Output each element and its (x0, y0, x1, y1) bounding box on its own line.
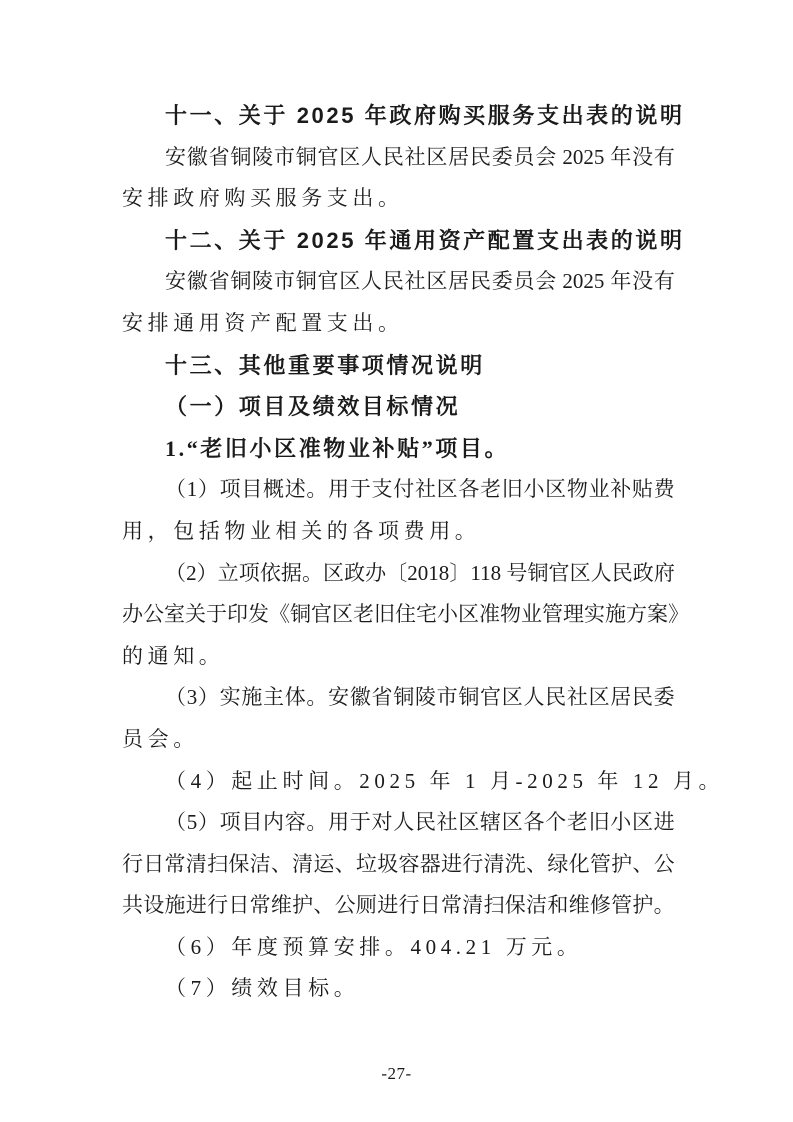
text-token: 旧 (589, 802, 610, 844)
text-token: 民 (545, 677, 566, 719)
text-token: 护 (611, 844, 632, 886)
text-token: 进 (654, 802, 675, 844)
text-token: 2025 (557, 137, 610, 179)
text-token: 官 (311, 594, 332, 636)
text-line: （4）起止时间。2025 年 1 月-2025 年 12 月。 (122, 761, 675, 803)
text-token: 有 (654, 137, 675, 179)
text-token: 和 (547, 885, 568, 927)
text-token: 发 (248, 594, 269, 636)
text-token: 区 (426, 261, 447, 303)
text-token: 、 (526, 844, 547, 886)
text-token: 保 (505, 885, 526, 927)
text-token: 委 (492, 137, 513, 179)
text-line: 十三、其他重要事项情况说明 (122, 345, 675, 387)
text-token: 区 (502, 802, 523, 844)
text-token: 人 (361, 261, 382, 303)
text-token: 政 (633, 553, 654, 595)
text-token: 区 (339, 261, 360, 303)
text-token: 人 (591, 553, 612, 595)
text-line: 十二、关于 2025 年通用资产配置支出表的说明 (122, 220, 675, 262)
text-token: 铜 (393, 677, 414, 719)
text-token: 市 (274, 261, 295, 303)
text-token: 目 (241, 469, 262, 511)
text-token: 。 (306, 677, 327, 719)
text-token: 常 (165, 844, 186, 886)
text-line: 共设施进行日常维护、公厕进行日常清扫保洁和维修管护。 (122, 885, 675, 927)
text-token: 公 (654, 844, 675, 886)
text-token: （ (165, 553, 186, 595)
text-line: （6）年度预算安排。404.21 万元。 (122, 927, 675, 969)
text-token: 器 (420, 844, 441, 886)
text-token: 述 (285, 469, 306, 511)
text-token: 扫 (207, 844, 228, 886)
text-token: 年 (610, 137, 631, 179)
text-token: 各 (458, 469, 479, 511)
text-token: 。 (302, 553, 323, 595)
text-line: （一）项目及绩效目标情况 (122, 386, 675, 428)
text-token: 护 (292, 885, 313, 927)
text-line: （7）绩效目标。 (122, 968, 675, 1010)
text-token: （ (165, 802, 186, 844)
text-token: 区 (502, 677, 523, 719)
text-token: 洗 (505, 844, 526, 886)
text-token: 号 (506, 553, 527, 595)
text-token: 案 (647, 594, 668, 636)
text-token: 设 (143, 885, 164, 927)
text-token: 区 (323, 553, 344, 595)
text-token: 行 (462, 844, 483, 886)
text-token: ） (197, 553, 218, 595)
text-token: 铜 (230, 137, 251, 179)
text-token: 政 (344, 553, 365, 595)
text-token: 运 (313, 844, 334, 886)
text-token: 民 (470, 137, 491, 179)
text-token: 社 (415, 469, 436, 511)
text-token: 、 (313, 885, 334, 927)
text-token: 区 (589, 677, 610, 719)
text-token: 铜 (296, 137, 317, 179)
text-token: 民 (415, 802, 436, 844)
text-token: 、 (335, 844, 356, 886)
text-token: 人 (361, 137, 382, 179)
text-line: 用，包括物业相关的各项费用。 (122, 511, 675, 553)
text-token: 小 (610, 802, 631, 844)
text-token: 居 (448, 261, 469, 303)
text-token: 实 (584, 594, 605, 636)
text-token: 用 (328, 469, 349, 511)
text-token: 印 (227, 594, 248, 636)
text-token: 〕 (449, 553, 470, 595)
text-token: 社 (437, 802, 458, 844)
text-token: 概 (263, 469, 284, 511)
text-token: 居 (448, 137, 469, 179)
text-token: 118 (470, 553, 506, 595)
text-token: （ (165, 469, 186, 511)
text-token: 于 (350, 802, 371, 844)
text-token: 旧 (374, 594, 395, 636)
text-token: 对 (372, 802, 393, 844)
document-body: 十一、关于 2025 年政府购买服务支出表的说明安徽省铜陵市铜官区人民社区居民委… (122, 95, 675, 1010)
text-token: 2018 (407, 553, 449, 595)
text-token: 铜 (527, 553, 548, 595)
text-token: 府 (654, 553, 675, 595)
text-token: 据 (281, 553, 302, 595)
text-token: 主 (263, 677, 284, 719)
text-token: 管 (590, 844, 611, 886)
text-token: 2025 (557, 261, 610, 303)
text-token: 立 (218, 553, 239, 595)
text-token: 没 (632, 137, 653, 179)
text-token: 进 (377, 885, 398, 927)
text-token: 省 (372, 677, 393, 719)
text-token: 维 (271, 885, 292, 927)
text-token: 清 (186, 844, 207, 886)
text-token: 厕 (356, 885, 377, 927)
text-token: 施 (605, 594, 626, 636)
text-token: 内 (263, 802, 284, 844)
text-token: 清 (292, 844, 313, 886)
text-token: 民 (632, 677, 653, 719)
text-token: 行 (122, 844, 143, 886)
text-line: 行日常清扫保洁、清运、垃圾容器进行清洗、绿化管护、公 (122, 844, 675, 886)
text-token: 官 (317, 137, 338, 179)
text-token: 老 (353, 594, 374, 636)
text-token: 日 (420, 885, 441, 927)
text-token: 保 (228, 844, 249, 886)
text-token: 官 (549, 553, 570, 595)
text-line: 安徽省铜陵市铜官区人民社区居民委员会 2025 年没有 (122, 261, 675, 303)
text-token: 支 (372, 469, 393, 511)
text-token: 、 (271, 844, 292, 886)
text-token: 1 (187, 469, 198, 511)
text-token: 铜 (290, 594, 311, 636)
text-token: 区 (426, 137, 447, 179)
text-token: 常 (441, 885, 462, 927)
text-token: 委 (492, 261, 513, 303)
text-token: 进 (441, 844, 462, 886)
text-token: 陵 (252, 261, 273, 303)
text-token: 旧 (502, 469, 523, 511)
text-token: 员 (514, 137, 535, 179)
text-token: 〔 (386, 553, 407, 595)
text-token: 行 (207, 885, 228, 927)
text-token: 室 (164, 594, 185, 636)
text-token: 进 (186, 885, 207, 927)
text-token: 员 (514, 261, 535, 303)
text-token: 清 (484, 844, 505, 886)
text-token: 铜 (296, 261, 317, 303)
text-token: 老 (480, 469, 501, 511)
text-token: 》 (668, 594, 689, 636)
text-token: 徽 (187, 261, 208, 303)
text-token: 老 (567, 802, 588, 844)
text-token: 容 (285, 802, 306, 844)
text-token: 行 (398, 885, 419, 927)
text-token: 项 (239, 553, 260, 595)
text-token: 公 (335, 885, 356, 927)
page-number: -27- (0, 1064, 793, 1084)
text-token: 官 (480, 677, 501, 719)
text-line: 员会。 (122, 719, 675, 761)
text-token: 小 (523, 469, 544, 511)
text-token: 物 (567, 469, 588, 511)
text-token: 铜 (458, 677, 479, 719)
text-line: 的通知。 (122, 636, 675, 678)
text-token: 洁 (526, 885, 547, 927)
text-token: 护 (632, 885, 653, 927)
text-token: 社 (405, 261, 426, 303)
text-token: 共 (122, 885, 143, 927)
text-token: 居 (610, 677, 631, 719)
text-token: 目 (241, 802, 262, 844)
text-token: 贴 (632, 469, 653, 511)
text-token: 陵 (252, 137, 273, 179)
text-token: 委 (654, 677, 675, 719)
text-token: 2 (186, 553, 197, 595)
text-token: 区 (570, 553, 591, 595)
text-token: 徽 (350, 677, 371, 719)
text-token: 区 (458, 802, 479, 844)
text-token: 于 (206, 594, 227, 636)
text-token: 民 (383, 137, 404, 179)
text-line: 办公室关于印发《铜官区老旧住宅小区准物业管理实施方案》 (122, 594, 675, 636)
text-token: 业 (589, 469, 610, 511)
text-token: 社 (567, 677, 588, 719)
text-token: 圾 (377, 844, 398, 886)
text-token: 区 (632, 802, 653, 844)
text-line: 1.“老旧小区准物业补贴”项目。 (122, 428, 675, 470)
text-line: （5）项目内容。用于对人民社区辖区各个老旧小区进 (122, 802, 675, 844)
text-token: 社 (405, 137, 426, 179)
text-token: 修 (590, 885, 611, 927)
text-token: 会 (535, 261, 556, 303)
text-token: 施 (165, 885, 186, 927)
text-token: 《 (269, 594, 290, 636)
text-token: 民 (612, 553, 633, 595)
text-token: 理 (563, 594, 584, 636)
text-token: 关 (185, 594, 206, 636)
text-token: 民 (383, 261, 404, 303)
text-token: 办 (365, 553, 386, 595)
text-token: 业 (521, 594, 542, 636)
text-token: 区 (458, 594, 479, 636)
text-token: 、 (632, 844, 653, 886)
text-token: 。 (654, 885, 675, 927)
text-token: 市 (437, 677, 458, 719)
text-token: 垃 (356, 844, 377, 886)
text-token: 常 (250, 885, 271, 927)
text-token: 5 (187, 802, 198, 844)
text-token: 辖 (480, 802, 501, 844)
text-token: 没 (632, 261, 653, 303)
text-line: 安排通用资产配置支出。 (122, 303, 675, 345)
text-token: 项 (220, 802, 241, 844)
text-token: 安 (165, 137, 186, 179)
text-token: 陵 (415, 677, 436, 719)
text-token: 用 (328, 802, 349, 844)
text-line: （1）项目概述。用于支付社区各老旧小区物业补贴费 (122, 469, 675, 511)
text-token: 省 (209, 261, 230, 303)
text-token: 住 (395, 594, 416, 636)
text-token: （ (165, 677, 186, 719)
text-token: 项 (220, 469, 241, 511)
text-token: 管 (542, 594, 563, 636)
text-line: （3）实施主体。安徽省铜陵市铜官区人民社区居民委 (122, 677, 675, 719)
text-token: 铜 (230, 261, 251, 303)
text-token: 依 (260, 553, 281, 595)
text-token: 方 (626, 594, 647, 636)
text-token: 安 (165, 261, 186, 303)
text-token: 扫 (484, 885, 505, 927)
text-token: 区 (332, 594, 353, 636)
text-token: 省 (209, 137, 230, 179)
text-token: 费 (654, 469, 675, 511)
text-token: 清 (462, 885, 483, 927)
text-token: 区 (545, 469, 566, 511)
text-token: 年 (610, 261, 631, 303)
text-token: 管 (611, 885, 632, 927)
text-token: 宅 (416, 594, 437, 636)
text-token: 个 (545, 802, 566, 844)
text-token: 于 (350, 469, 371, 511)
text-token: 物 (500, 594, 521, 636)
text-token: 徽 (187, 137, 208, 179)
text-token: 补 (610, 469, 631, 511)
text-token: 准 (479, 594, 500, 636)
text-line: （2）立项依据。区政办〔2018〕118 号铜官区人民政府 (122, 553, 675, 595)
text-line: 十一、关于 2025 年政府购买服务支出表的说明 (122, 95, 675, 137)
text-token: 办 (122, 594, 143, 636)
text-token: 维 (569, 885, 590, 927)
text-token: ） (198, 802, 219, 844)
text-token: 有 (654, 261, 675, 303)
text-token: 绿 (547, 844, 568, 886)
text-token: 体 (285, 677, 306, 719)
text-token: 小 (437, 594, 458, 636)
text-token: 公 (143, 594, 164, 636)
text-token: 洁 (250, 844, 271, 886)
text-token: 实 (220, 677, 241, 719)
text-token: 付 (393, 469, 414, 511)
text-token: 容 (398, 844, 419, 886)
document-page: 十一、关于 2025 年政府购买服务支出表的说明安徽省铜陵市铜官区人民社区居民委… (0, 0, 793, 1122)
text-token: 。 (306, 802, 327, 844)
text-token: 。 (306, 469, 327, 511)
text-token: 官 (317, 261, 338, 303)
text-token: 日 (228, 885, 249, 927)
text-token: 市 (274, 137, 295, 179)
text-token: ） (198, 677, 219, 719)
text-token: 人 (523, 677, 544, 719)
text-token: 人 (393, 802, 414, 844)
text-token: 区 (339, 137, 360, 179)
text-token: 各 (523, 802, 544, 844)
text-line: 安排政府购买服务支出。 (122, 178, 675, 220)
text-token: 安 (328, 677, 349, 719)
text-token: 化 (569, 844, 590, 886)
text-token: 民 (470, 261, 491, 303)
text-token: 施 (241, 677, 262, 719)
text-token: 日 (143, 844, 164, 886)
text-line: 安徽省铜陵市铜官区人民社区居民委员会 2025 年没有 (122, 137, 675, 179)
text-token: 会 (535, 137, 556, 179)
text-token: 区 (437, 469, 458, 511)
text-token: 3 (187, 677, 198, 719)
text-token: ） (198, 469, 219, 511)
